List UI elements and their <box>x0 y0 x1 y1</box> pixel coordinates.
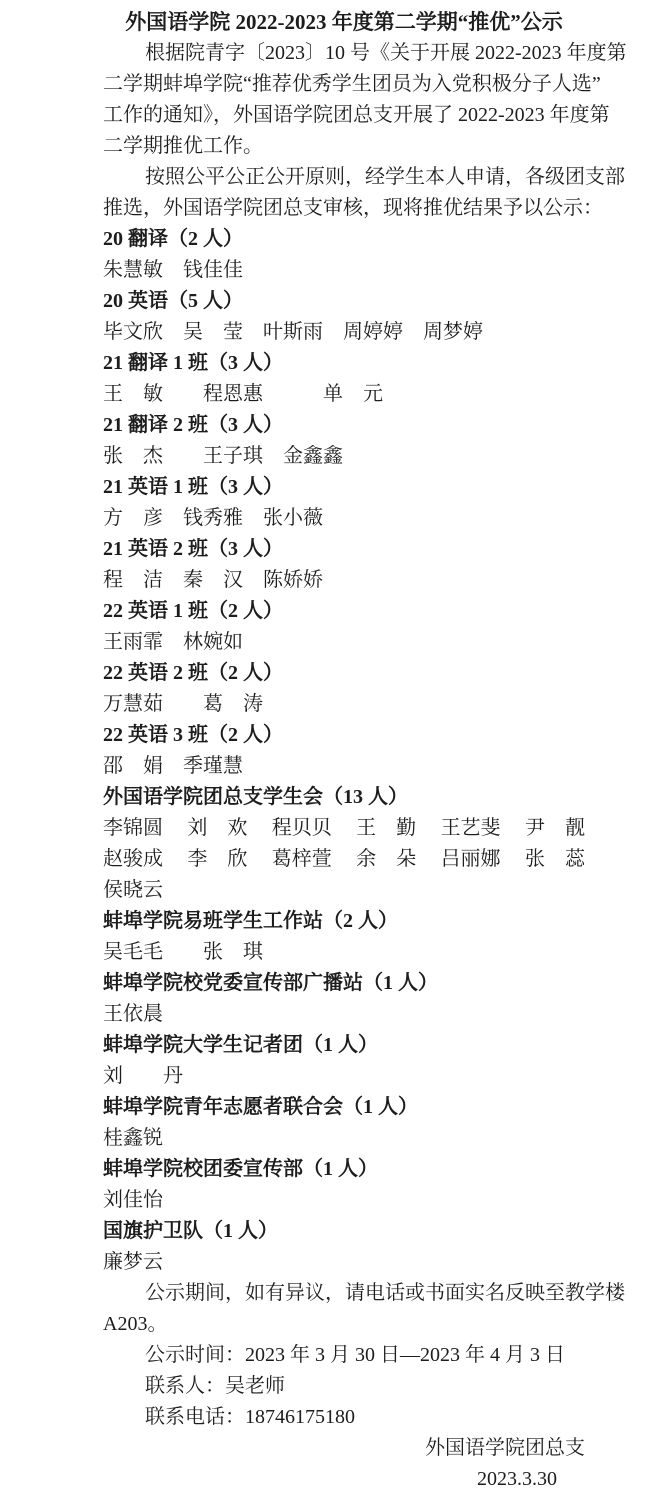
section-heading: 22 英语 2 班（2 人） <box>103 658 585 689</box>
names-line: 吴毛毛 张 琪 <box>103 937 585 968</box>
names-line: 程 洁 秦 汉 陈娇娇 <box>103 565 585 596</box>
names-line: 刘佳怡 <box>103 1185 585 1216</box>
section-heading: 蚌埠学院大学生记者团（1 人） <box>103 1030 585 1061</box>
names-line: 朱慧敏 钱佳佳 <box>103 255 585 286</box>
section-heading: 外国语学院团总支学生会（13 人） <box>103 782 585 813</box>
names-line: 方 彦 钱秀雅 张小薇 <box>103 503 585 534</box>
contact-phone-line: 联系电话：18746175180 <box>103 1402 585 1433</box>
page-title: 外国语学院 2022-2023 年度第二学期“推优”公示 <box>103 7 585 38</box>
names-line: 王雨霏 林婉如 <box>103 627 585 658</box>
name-item: 刘 欢 <box>187 813 247 844</box>
paragraph-line: 按照公平公正公开原则，经学生本人申请，各级团支部 <box>103 162 585 193</box>
section-heading: 22 英语 3 班（2 人） <box>103 720 585 751</box>
paragraph-line: 公示期间，如有异议，请电话或书面实名反映至教学楼 <box>103 1278 585 1309</box>
names-line: 刘 丹 <box>103 1061 585 1092</box>
name-item: 王艺斐 <box>441 813 501 844</box>
names-line: 李锦圆刘 欢程贝贝王 勤王艺斐尹 靓 <box>103 813 585 844</box>
notice-time-line: 公示时间：2023 年 3 月 30 日—2023 年 4 月 3 日 <box>103 1340 585 1371</box>
names-line: 王依晨 <box>103 999 585 1030</box>
paragraph-line: 推选，外国语学院团总支审核，现将推优结果予以公示： <box>103 193 585 224</box>
section-heading: 蚌埠学院校团委宣传部（1 人） <box>103 1154 585 1185</box>
names-line: 赵骏成李 欣葛梓萱余 朵吕丽娜张 蕊 <box>103 844 585 875</box>
signature-line: 外国语学院团总支 <box>103 1433 585 1464</box>
names-line: 万慧茹 葛 涛 <box>103 689 585 720</box>
section-heading: 21 英语 1 班（3 人） <box>103 472 585 503</box>
name-item: 余 朵 <box>356 844 416 875</box>
names-line: 廉梦云 <box>103 1247 585 1278</box>
name-item: 李 欣 <box>187 844 247 875</box>
page-background: { "colors": { "background": "#ffffff", "… <box>0 0 671 1512</box>
name-item: 李锦圆 <box>103 813 163 844</box>
signature-date-line: 2023.3.30 <box>103 1464 585 1495</box>
section-heading: 22 英语 1 班（2 人） <box>103 596 585 627</box>
section-heading: 21 翻译 2 班（3 人） <box>103 410 585 441</box>
document-page: 外国语学院 2022-2023 年度第二学期“推优”公示根据院青字〔2023〕1… <box>0 0 671 1495</box>
name-item: 程贝贝 <box>272 813 332 844</box>
names-line: 邵 娟 季瑾慧 <box>103 751 585 782</box>
section-heading: 20 英语（5 人） <box>103 286 585 317</box>
section-heading: 20 翻译（2 人） <box>103 224 585 255</box>
section-heading: 蚌埠学院易班学生工作站（2 人） <box>103 906 585 937</box>
name-item: 尹 靓 <box>525 813 585 844</box>
section-heading: 蚌埠学院青年志愿者联合会（1 人） <box>103 1092 585 1123</box>
paragraph-line: 根据院青字〔2023〕10 号《关于开展 2022-2023 年度第 <box>103 38 585 69</box>
name-item: 赵骏成 <box>103 844 163 875</box>
section-heading: 国旗护卫队（1 人） <box>103 1216 585 1247</box>
names-line: 王 敏 程恩惠 单 元 <box>103 379 585 410</box>
paragraph-line: 工作的通知》，外国语学院团总支开展了 2022-2023 年度第 <box>103 100 585 131</box>
paragraph-line: 二学期蚌埠学院“推荐优秀学生团员为入党积极分子人选” <box>103 69 585 100</box>
name-item: 葛梓萱 <box>272 844 332 875</box>
paragraph-line: A203。 <box>103 1309 585 1340</box>
names-line: 毕文欣 吴 莹 叶斯雨 周婷婷 周梦婷 <box>103 317 585 348</box>
name-item: 吕丽娜 <box>441 844 501 875</box>
names-line: 桂鑫锐 <box>103 1123 585 1154</box>
names-line: 侯晓云 <box>103 875 585 906</box>
section-heading: 21 英语 2 班（3 人） <box>103 534 585 565</box>
section-heading: 蚌埠学院校党委宣传部广播站（1 人） <box>103 968 585 999</box>
name-item: 王 勤 <box>356 813 416 844</box>
section-heading: 21 翻译 1 班（3 人） <box>103 348 585 379</box>
name-item: 张 蕊 <box>525 844 585 875</box>
names-line: 张 杰 王子琪 金鑫鑫 <box>103 441 585 472</box>
contact-person-line: 联系人：吴老师 <box>103 1371 585 1402</box>
paragraph-line: 二学期推优工作。 <box>103 131 585 162</box>
